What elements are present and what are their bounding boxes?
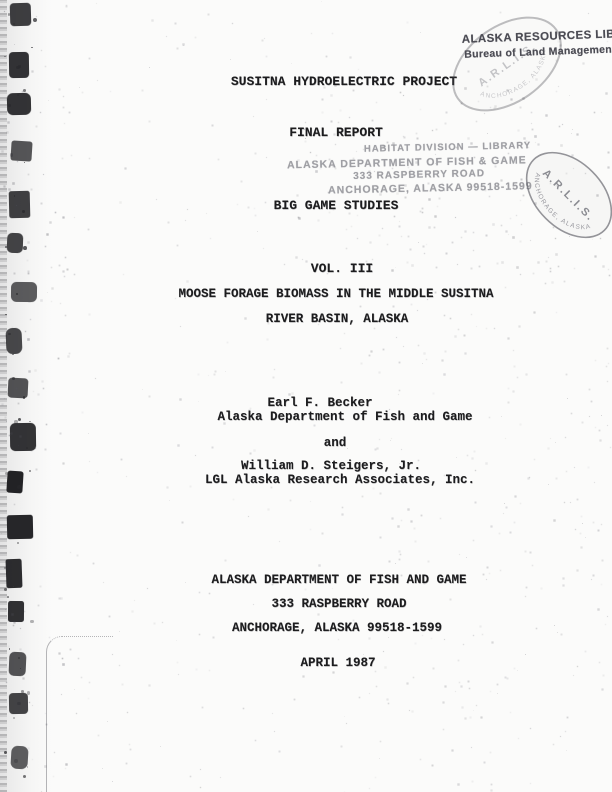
report-type-line: FINAL REPORT bbox=[289, 125, 383, 140]
author-name-1: Earl F. Becker bbox=[267, 396, 372, 410]
publication-date-line: APRIL 1987 bbox=[300, 656, 375, 670]
publisher-street-line: 333 RASPBERRY ROAD bbox=[271, 597, 406, 611]
program-line: BIG GAME STUDIES bbox=[274, 198, 399, 213]
scanned-document-page: A.R.L.I.S. ANCHORAGE, ALASKA A.R.L.I.S. … bbox=[0, 0, 612, 792]
author-affiliation-1: Alaska Department of Fish and Game bbox=[217, 410, 472, 424]
author-conjunction: and bbox=[324, 436, 347, 450]
arlis-oval-stamp-right: A.R.L.I.S. ANCHORAGE, ALASKA bbox=[499, 125, 612, 265]
publisher-city-line: ANCHORAGE, ALASKA 99518-1599 bbox=[232, 621, 442, 635]
title-line: SUSITNA HYDROELECTRIC PROJECT bbox=[231, 74, 457, 89]
author-name-2: William D. Steigers, Jr. bbox=[241, 459, 421, 473]
publisher-name-line: ALASKA DEPARTMENT OF FISH AND GAME bbox=[211, 573, 466, 587]
habitat-stamp-line-3: 333 RASPBERRY ROAD bbox=[353, 168, 485, 182]
arlis-oval-stamp-top: A.R.L.I.S. ANCHORAGE, ALASKA bbox=[432, 2, 582, 127]
habitat-stamp-line-2: ALASKA DEPARTMENT OF FISH & GAME bbox=[287, 154, 527, 171]
subtitle-line-1: MOOSE FORAGE BIOMASS IN THE MIDDLE SUSIT… bbox=[178, 287, 493, 301]
volume-line: VOL. III bbox=[311, 261, 373, 276]
author-affiliation-2: LGL Alaska Research Associates, Inc. bbox=[205, 473, 475, 487]
subtitle-line-2: RIVER BASIN, ALASKA bbox=[266, 312, 409, 326]
scan-edge-artifact bbox=[46, 636, 113, 792]
scan-edge-noise bbox=[0, 0, 7, 792]
